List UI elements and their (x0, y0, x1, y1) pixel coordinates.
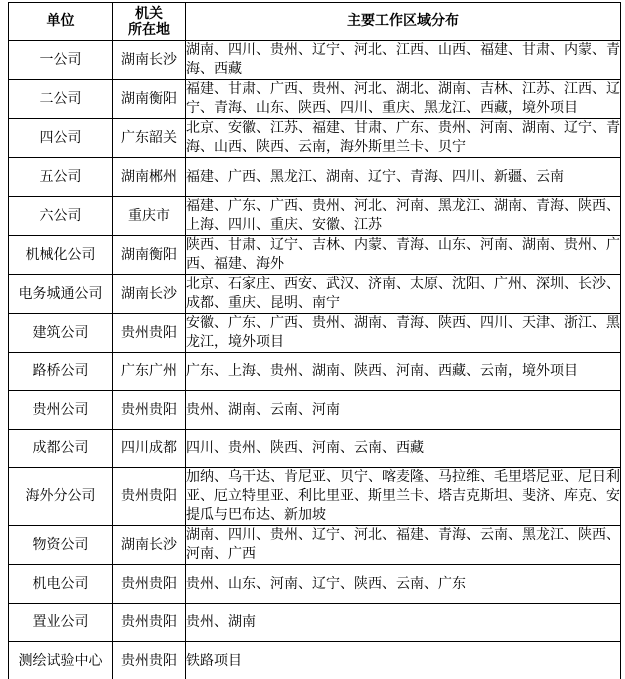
table-row: 贵州公司贵州贵阳贵州、湖南、云南、河南 (9, 391, 621, 430)
location-cell: 贵州贵阳 (113, 468, 186, 526)
table-row: 成都公司四川成都四川、贵州、陕西、河南、云南、西藏 (9, 430, 621, 468)
table-row: 二公司湖南衡阳福建、甘肃、广西、贵州、河北、湖北、湖南、吉林、江苏、江西、辽宁、… (9, 80, 621, 119)
unit-cell: 成都公司 (9, 430, 113, 468)
table-body: 一公司湖南长沙湖南、四川、贵州、辽宁、河北、江西、山西、福建、甘肃、内蒙、青海、… (9, 41, 621, 679)
unit-cell: 路桥公司 (9, 353, 113, 391)
table-row: 六公司重庆市福建、广东、广西、贵州、河北、河南、黑龙江、湖南、青海、陕西、上海、… (9, 197, 621, 236)
location-cell: 湖南长沙 (113, 41, 186, 80)
header-unit: 单位 (9, 3, 113, 41)
unit-cell: 一公司 (9, 41, 113, 80)
areas-cell: 福建、广西、黑龙江、湖南、辽宁、青海、四川、新疆、云南 (186, 158, 621, 197)
unit-cell: 机电公司 (9, 565, 113, 604)
table-row: 路桥公司广东广州广东、上海、贵州、湖南、陕西、河南、西藏、云南，境外项目 (9, 353, 621, 391)
location-cell: 广东韶关 (113, 119, 186, 158)
location-cell: 重庆市 (113, 197, 186, 236)
areas-cell: 陕西、甘肃、辽宁、吉林、内蒙、青海、山东、河南、湖南、贵州、广西、福建、海外 (186, 236, 621, 275)
unit-cell: 测绘试验中心 (9, 642, 113, 679)
location-cell: 湖南衡阳 (113, 236, 186, 275)
unit-cell: 四公司 (9, 119, 113, 158)
unit-cell: 物资公司 (9, 526, 113, 565)
header-location-line2: 所在地 (113, 22, 185, 38)
unit-cell: 贵州公司 (9, 391, 113, 430)
table-row: 测绘试验中心贵州贵阳铁路项目 (9, 642, 621, 679)
unit-cell: 六公司 (9, 197, 113, 236)
unit-cell: 海外分公司 (9, 468, 113, 526)
location-cell: 湖南郴州 (113, 158, 186, 197)
location-cell: 广东广州 (113, 353, 186, 391)
unit-cell: 置业公司 (9, 604, 113, 642)
areas-cell: 福建、广东、广西、贵州、河北、河南、黑龙江、湖南、青海、陕西、上海、四川、重庆、… (186, 197, 621, 236)
unit-cell: 二公司 (9, 80, 113, 119)
header-location: 机关 所在地 (113, 3, 186, 41)
location-cell: 贵州贵阳 (113, 604, 186, 642)
areas-cell: 北京、安徽、江苏、福建、甘肃、广东、贵州、河南、湖南、辽宁、青海、山西、陕西、云… (186, 119, 621, 158)
unit-cell: 建筑公司 (9, 314, 113, 353)
areas-cell: 四川、贵州、陕西、河南、云南、西藏 (186, 430, 621, 468)
areas-cell: 贵州、湖南 (186, 604, 621, 642)
location-cell: 贵州贵阳 (113, 642, 186, 679)
table-row: 一公司湖南长沙湖南、四川、贵州、辽宁、河北、江西、山西、福建、甘肃、内蒙、青海、… (9, 41, 621, 80)
areas-cell: 安徽、广东、广西、贵州、湖南、青海、陕西、四川、天津、浙江、黑龙江，境外项目 (186, 314, 621, 353)
header-areas: 主要工作区域分布 (186, 3, 621, 41)
location-cell: 湖南衡阳 (113, 80, 186, 119)
areas-cell: 湖南、四川、贵州、辽宁、河北、江西、山西、福建、甘肃、内蒙、青海、西藏 (186, 41, 621, 80)
location-cell: 贵州贵阳 (113, 391, 186, 430)
areas-cell: 广东、上海、贵州、湖南、陕西、河南、西藏、云南，境外项目 (186, 353, 621, 391)
areas-cell: 湖南、四川、贵州、辽宁、河北、福建、青海、云南、黑龙江、陕西、河南、广西 (186, 526, 621, 565)
areas-cell: 贵州、山东、河南、辽宁、陕西、云南、广东 (186, 565, 621, 604)
unit-cell: 电务城通公司 (9, 275, 113, 314)
location-cell: 贵州贵阳 (113, 565, 186, 604)
table-row: 置业公司贵州贵阳贵州、湖南 (9, 604, 621, 642)
table-row: 建筑公司贵州贵阳安徽、广东、广西、贵州、湖南、青海、陕西、四川、天津、浙江、黑龙… (9, 314, 621, 353)
header-row: 单位 机关 所在地 主要工作区域分布 (9, 3, 621, 41)
work-area-table: 单位 机关 所在地 主要工作区域分布 一公司湖南长沙湖南、四川、贵州、辽宁、河北… (8, 2, 621, 679)
location-cell: 湖南长沙 (113, 275, 186, 314)
table-row: 电务城通公司湖南长沙北京、石家庄、西安、武汉、济南、太原、沈阳、广州、深圳、长沙… (9, 275, 621, 314)
areas-cell: 贵州、湖南、云南、河南 (186, 391, 621, 430)
areas-cell: 福建、甘肃、广西、贵州、河北、湖北、湖南、吉林、江苏、江西、辽宁、青海、山东、陕… (186, 80, 621, 119)
table-row: 机械化公司湖南衡阳陕西、甘肃、辽宁、吉林、内蒙、青海、山东、河南、湖南、贵州、广… (9, 236, 621, 275)
header-location-line1: 机关 (113, 6, 185, 22)
table-row: 机电公司贵州贵阳贵州、山东、河南、辽宁、陕西、云南、广东 (9, 565, 621, 604)
location-cell: 湖南长沙 (113, 526, 186, 565)
table-row: 海外分公司贵州贵阳加纳、乌干达、肯尼亚、贝宁、喀麦隆、马拉维、毛里塔尼亚、尼日利… (9, 468, 621, 526)
table-row: 五公司湖南郴州福建、广西、黑龙江、湖南、辽宁、青海、四川、新疆、云南 (9, 158, 621, 197)
unit-cell: 机械化公司 (9, 236, 113, 275)
table-row: 四公司广东韶关北京、安徽、江苏、福建、甘肃、广东、贵州、河南、湖南、辽宁、青海、… (9, 119, 621, 158)
unit-cell: 五公司 (9, 158, 113, 197)
location-cell: 四川成都 (113, 430, 186, 468)
location-cell: 贵州贵阳 (113, 314, 186, 353)
areas-cell: 加纳、乌干达、肯尼亚、贝宁、喀麦隆、马拉维、毛里塔尼亚、尼日利亚、厄立特里亚、利… (186, 468, 621, 526)
table-row: 物资公司湖南长沙湖南、四川、贵州、辽宁、河北、福建、青海、云南、黑龙江、陕西、河… (9, 526, 621, 565)
areas-cell: 北京、石家庄、西安、武汉、济南、太原、沈阳、广州、深圳、长沙、成都、重庆、昆明、… (186, 275, 621, 314)
areas-cell: 铁路项目 (186, 642, 621, 679)
